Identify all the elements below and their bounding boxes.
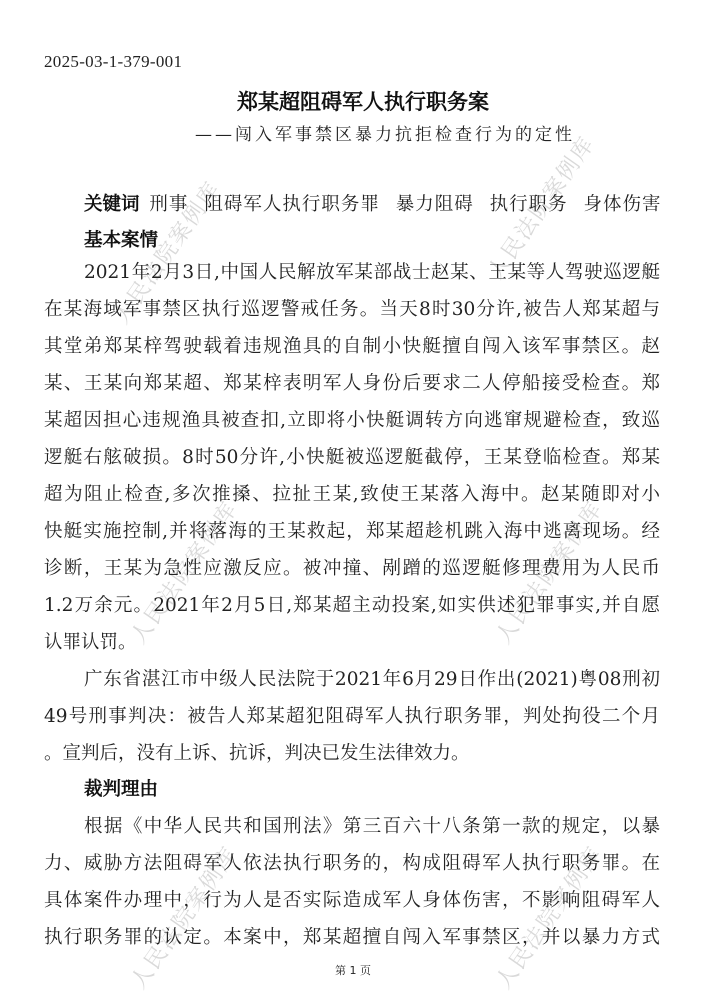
section-heading-basic-facts: 基本案情 [84,228,158,254]
keyword: 执行职务 [490,194,568,215]
paragraph-line: 某、王某向郑某超、郑某梓表明军人身份后要求二人停船接受检查。郑 [44,371,660,397]
paragraph-line: 认罪认罚。 [44,630,660,656]
paragraph-line: 快艇实施控制,并将落海的王某救起，郑某超趁机跳入海中逃离现场。经 [44,519,660,545]
page-subtitle: ——闯入军事禁区暴力抗拒检查行为的定性 [195,120,575,145]
paragraph-line: 具体案件办理中，行为人是否实际造成军人身体伤害，不影响阻碍军人 [44,888,660,914]
paragraph-line: 超为阻止检查,多次推搡、拉扯王某,致使王某落入海中。赵某随即对小 [44,482,660,508]
keyword: 刑事 [149,194,188,215]
paragraph-line: 1.2万余元。2021年2月5日,郑某超主动投案,如实供述犯罪事实,并自愿 [44,593,660,619]
keyword: 暴力阻碍 [396,194,474,215]
paragraph-line: 诊断，王某为急性应激反应。被冲撞、剐蹭的巡逻艇修理费用为人民币 [44,556,660,582]
keyword: 阻碍军人执行职务罪 [204,194,380,215]
keyword: 身体伤害 [584,194,662,215]
paragraph-line: 广东省湛江市中级人民法院于2021年6月29日作出(2021)粤08刑初 [84,667,660,693]
page-title: 郑某超阻碍军人执行职务案 [0,86,706,116]
paragraph-line: 。宣判后，没有上诉、抗诉，判决已发生法律效力。 [44,741,660,767]
paragraph-line: 逻艇右舷破损。8时50分许,小快艇被巡逻艇截停，王某登临检查。郑某 [44,445,660,471]
page-number: 第 1 页 [0,962,706,978]
document-page: 人民法院案例库 人民法院案例库 人民法院案例库 人民法院案例库 人民法院案例库 … [0,0,706,999]
paragraph-line: 根据《中华人民共和国刑法》第三百六十八条第一款的规定，以暴 [84,814,660,840]
document-number: 2025-03-1-379-001 [44,52,182,72]
paragraph-line: 执行职务罪的认定。本案中，郑某超擅自闯入军事禁区，并以暴力方式 [44,925,660,951]
paragraph-line: 某超因担心违规渔具被查扣,立即将小快艇调转方向逃窜规避检查，致巡 [44,408,660,434]
keywords-row: 关键词 刑事 阻碍军人执行职务罪 暴力阻碍 执行职务 身体伤害 [84,192,672,218]
paragraph-line: 其堂弟郑某梓驾驶载着违规渔具的自制小快艇擅自闯入该军事禁区。赵 [44,334,660,360]
keywords-label: 关键词 [84,194,140,215]
paragraph-line: 在某海域军事禁区执行巡逻警戒任务。当天8时30分许,被告人郑某超与 [44,297,660,323]
paragraph-line: 力、威胁方法阻碍军人依法执行职务的，构成阻碍军人执行职务罪。在 [44,851,660,877]
section-heading-reasoning: 裁判理由 [84,777,158,803]
paragraph-line: 49号刑事判决：被告人郑某超犯阻碍军人执行职务罪，判处拘役二个月 [44,704,660,730]
paragraph-line: 2021年2月3日,中国人民解放军某部战士赵某、王某等人驾驶巡逻艇 [84,260,660,286]
